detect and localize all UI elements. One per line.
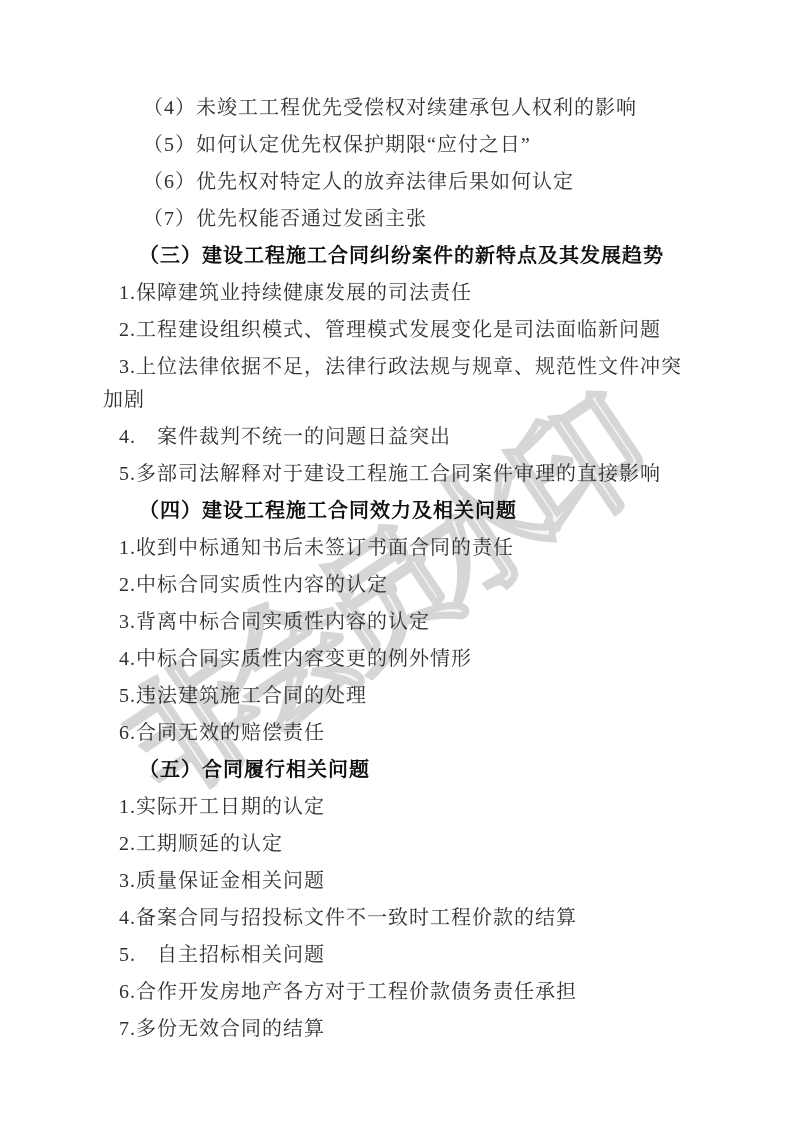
toc-item: 1.收到中标通知书后未签订书面合同的责任 xyxy=(103,532,700,565)
toc-item: 4.中标合同实质性内容变更的例外情形 xyxy=(103,643,700,676)
toc-item: 2.工期顺延的认定 xyxy=(103,828,700,861)
toc-item: 2.中标合同实质性内容的认定 xyxy=(103,569,700,602)
toc-subitem: （5）如何认定优先权保护期限“应付之日” xyxy=(103,129,700,162)
section-heading-5: （五）合同履行相关问题 xyxy=(103,754,700,787)
toc-item: 3.背离中标合同实质性内容的认定 xyxy=(103,606,700,639)
toc-item: 7.多份无效合同的结算 xyxy=(103,1013,700,1046)
toc-item: 2.工程建设组织模式、管理模式发展变化是司法面临新问题 xyxy=(103,314,700,347)
document-page: 非会员水印 （4）未竣工工程优先受偿权对续建承包人权利的影响 （5）如何认定优先… xyxy=(0,0,793,1122)
toc-subitem: （6）优先权对特定人的放弃法律后果如何认定 xyxy=(103,166,700,199)
toc-item: 6.合作开发房地产各方对于工程价款债务责任承担 xyxy=(103,976,700,1009)
document-content: （4）未竣工工程优先受偿权对续建承包人权利的影响 （5）如何认定优先权保护期限“… xyxy=(103,92,700,1050)
toc-subitem: （7）优先权能否通过发函主张 xyxy=(103,203,700,236)
toc-item: 3.质量保证金相关问题 xyxy=(103,865,700,898)
toc-item: 4.备案合同与招投标文件不一致时工程价款的结算 xyxy=(103,902,700,935)
section-heading-3: （三）建设工程施工合同纠纷案件的新特点及其发展趋势 xyxy=(103,240,700,273)
toc-item: 3.上位法律依据不足，法律行政法规与规章、规范性文件冲突 加剧 xyxy=(103,351,700,417)
toc-item: 5.多部司法解释对于建设工程施工合同案件审理的直接影响 xyxy=(103,458,700,491)
toc-item: 6.合同无效的赔偿责任 xyxy=(103,717,700,750)
toc-item: 5. 自主招标相关问题 xyxy=(103,939,700,972)
toc-item: 1.保障建筑业持续健康发展的司法责任 xyxy=(103,277,700,310)
toc-item: 5.违法建筑施工合同的处理 xyxy=(103,680,700,713)
toc-item: 1.实际开工日期的认定 xyxy=(103,791,700,824)
section-heading-4: （四）建设工程施工合同效力及相关问题 xyxy=(103,495,700,528)
toc-item: 4. 案件裁判不统一的问题日益突出 xyxy=(103,421,700,454)
toc-subitem: （4）未竣工工程优先受偿权对续建承包人权利的影响 xyxy=(103,92,700,125)
